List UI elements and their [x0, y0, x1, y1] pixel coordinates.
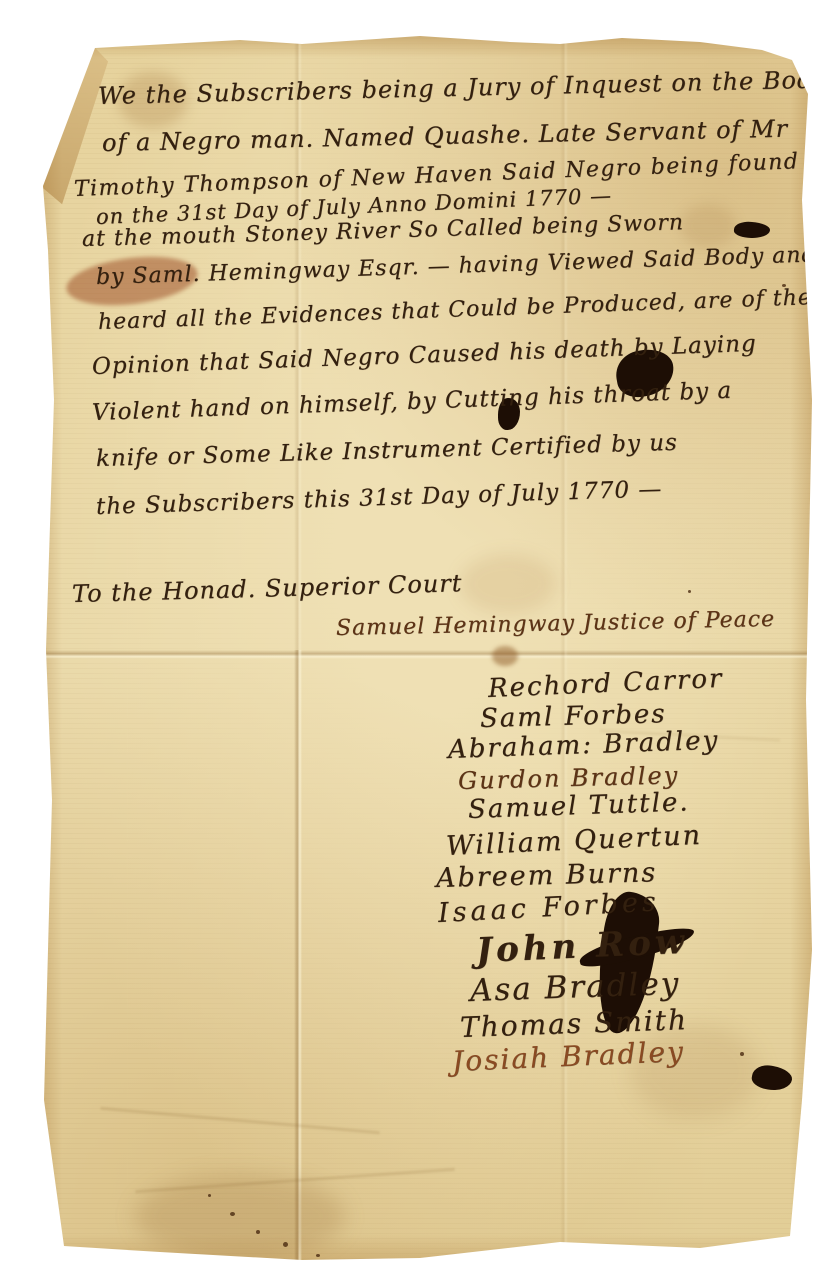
- wrinkle: [135, 1168, 454, 1193]
- signature: William Quertun: [445, 822, 702, 860]
- manuscript-paper: We the Subscribers being a Jury of Inque…: [40, 34, 814, 1264]
- manuscript-line: We the Subscribers being a Jury of Inque…: [98, 67, 828, 108]
- signature: Abreem Burns: [436, 859, 658, 892]
- manuscript-line: the Subscribers this 31st Day of July 17…: [96, 478, 663, 519]
- signature: Abraham: Bradley: [448, 728, 720, 763]
- signature: Samuel Tuttle.: [468, 789, 690, 823]
- ink-blot: [733, 221, 770, 239]
- manuscript-line: by Saml. Hemingway Esqr. — having Viewed…: [96, 244, 817, 289]
- signature: Rechord Carror: [487, 666, 724, 702]
- stain: [680, 204, 736, 248]
- fold-line-vertical-left-lower: [294, 650, 302, 1264]
- stain: [135, 1174, 345, 1259]
- scan-background: We the Subscribers being a Jury of Inque…: [0, 0, 837, 1288]
- manuscript-line: To the Honad. Superior Court: [72, 571, 463, 606]
- wrinkle: [100, 1107, 379, 1134]
- attestation-line: Samuel Hemingway Justice of Peace: [336, 609, 776, 640]
- signature: Asa Bradley: [469, 969, 680, 1007]
- signature: John Row: [475, 925, 689, 968]
- ink-blot: [750, 1063, 794, 1094]
- manuscript-line: Violent hand on himself, by Cutting his …: [92, 380, 733, 425]
- manuscript-line: knife or Some Like Instrument Certified …: [96, 432, 678, 471]
- signature: Josiah Bradley: [451, 1038, 685, 1076]
- manuscript-line: of a Negro man. Named Quashe. Late Serva…: [102, 117, 789, 155]
- stain: [460, 554, 556, 614]
- manuscript-line: heard all the Evidences that Could be Pr…: [98, 287, 813, 334]
- stain: [492, 646, 518, 666]
- fold-line-horizontal: [40, 650, 814, 659]
